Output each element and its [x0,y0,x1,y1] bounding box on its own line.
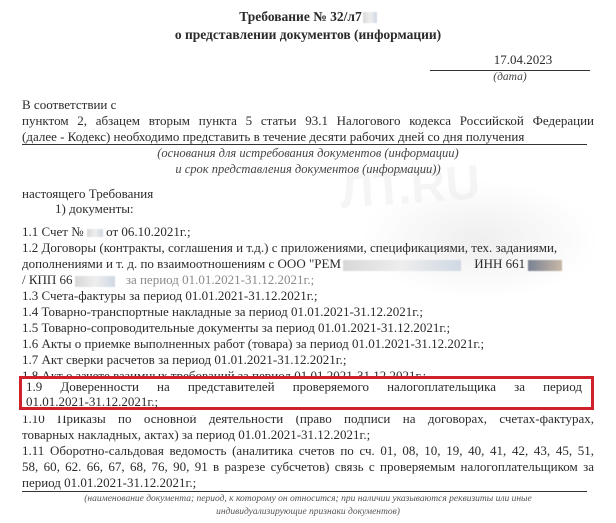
item-text: / КПП 66 [22,272,73,287]
item-text: от 06.10.2021г.; [106,224,191,239]
item-1-11-line-3: период 01.01.2021-31.12.2021г.; [22,475,196,491]
item-text: дополнениями и т. д. по взаимоотношениям… [22,256,341,271]
redacted-number [363,12,377,23]
item-1-10-line-1: 1.10 Приказы по основной деятельности (п… [22,411,594,427]
item-1-2-line-3: / КПП 66 за период 01.01.2021-31.12.2021… [22,272,314,288]
document-subtitle: о представлении документов (информации) [0,27,616,43]
redacted-number [87,229,103,237]
redacted-inn [528,260,562,271]
footer-caption-2: индивидуализирующие признаки документов) [0,507,616,517]
redacted-company [343,260,461,271]
item-1-4: 1.4 Товарно-транспортные накладные за пе… [22,304,423,320]
footer-caption-1: (наименование документа; период, к котор… [0,494,616,504]
item-1-2-line-1: 1.2 Договоры (контракты, соглашения и т.… [22,240,557,256]
basis-caption-1: (основания для истребования документов (… [0,146,616,161]
redacted-kpp [75,276,115,287]
item-1-5: 1.5 Товарно-сопроводительные документы з… [22,320,450,336]
basis-underline [22,144,587,145]
document-title: Требование № 32/л7 [0,9,616,25]
intro-line-3: (далее - Кодекс) необходимо представить … [22,129,524,145]
item-1-2-line-2: дополнениями и т. д. по взаимоотношениям… [22,256,562,272]
date-value: 17.04.2023 [448,52,598,68]
item-text: 1.1 Счет № [22,224,84,239]
basis-caption-2: и срок представления документов (информа… [0,162,616,177]
item-1-1: 1.1 Счет № от 06.10.2021г.; [22,224,191,240]
this-demand-text: настоящего Требования [22,186,153,202]
item-1-3: 1.3 Счета-фактуры за период 01.01.2021-3… [22,288,317,304]
title-text: Требование № 32/л7 [239,9,361,24]
intro-line-2: пунктом 2, абзацем вторым пункта 5 стать… [22,113,594,129]
item-1-9-line-2: 01.01.2021-31.12.2021г.; [26,394,158,410]
item-1-11-line-1: 1.11 Оборотно-сальдовая ведомость (анали… [22,443,594,459]
item-1-7: 1.7 Акт сверки расчетов за период 01.01.… [22,352,346,368]
item-text: ИНН 661 [474,256,525,271]
item-1-11-line-2: 58, 60, 62. 66, 67, 68, 76, 90, 91 в раз… [22,459,594,475]
item-text: за период 01.01.2021-31.12.2021г.; [126,272,314,287]
item-1-9-line-1: 1.9 Доверенности на представителей прове… [26,379,582,395]
item-1-6: 1.6 Акты о приемке выполненных работ (то… [22,336,484,352]
date-caption: (дата) [430,71,590,83]
document-page: ЛТ.RU Требование № 32/л7 о представлении… [0,0,616,523]
item-1-10-line-2: товарных накладных, актах) за период 01.… [22,427,370,443]
intro-line-1: В соответствии с [22,97,116,113]
section-label: 1) документы: [55,201,134,217]
items-underline [22,491,587,492]
